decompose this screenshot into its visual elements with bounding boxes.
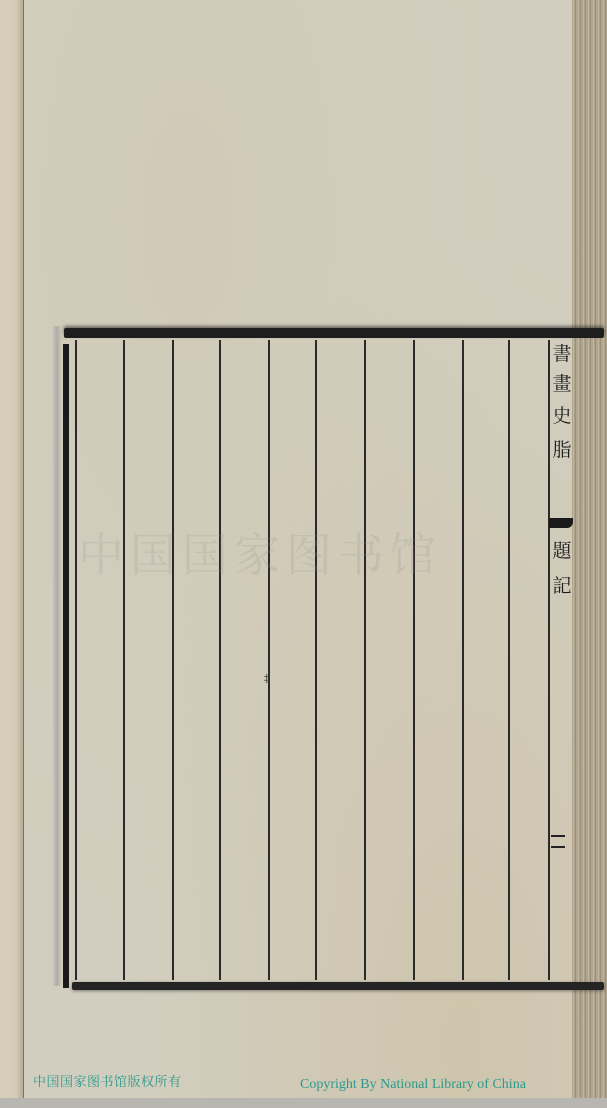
frame-ink-bleed: [52, 326, 62, 986]
frame-bottom-border: [72, 982, 604, 990]
fold-center-column: 書 畫 史 脂 題 記: [549, 338, 573, 982]
fishtail-mark: [549, 518, 573, 528]
page-number-stroke: [551, 835, 565, 837]
banxin-title-char: 畫: [551, 374, 573, 394]
library-watermark: 中国国家图书馆: [78, 530, 548, 580]
column-rule: [75, 340, 77, 980]
frame-left-border: [63, 344, 69, 988]
column-rule: [462, 340, 464, 980]
banxin-section-char: 記: [551, 576, 573, 596]
column-rule: [315, 340, 317, 980]
page-number-stroke: [551, 846, 565, 848]
column-rule: [172, 340, 174, 980]
ink-speck: ‡: [264, 672, 270, 685]
column-rule: [219, 340, 221, 980]
scan-bottom-strip: [0, 1098, 607, 1108]
column-rule: [364, 340, 366, 980]
column-rule: [413, 340, 415, 980]
page-stack-edge: [572, 0, 607, 1108]
banxin-section-char: 題: [551, 541, 573, 561]
banxin-title-char: 書: [551, 344, 573, 364]
frame-top-border: [64, 328, 604, 338]
column-rule: [268, 340, 270, 980]
banxin-title-char: 史: [551, 406, 573, 426]
column-rule: [508, 340, 510, 980]
banxin-title-char: 脂: [551, 440, 573, 460]
adjacent-leaf-edge: [0, 0, 24, 1108]
column-rule: [123, 340, 125, 980]
copyright-english: Copyright By National Library of China: [300, 1077, 526, 1093]
copyright-chinese: 中国国家图书馆版权所有: [33, 1071, 182, 1090]
